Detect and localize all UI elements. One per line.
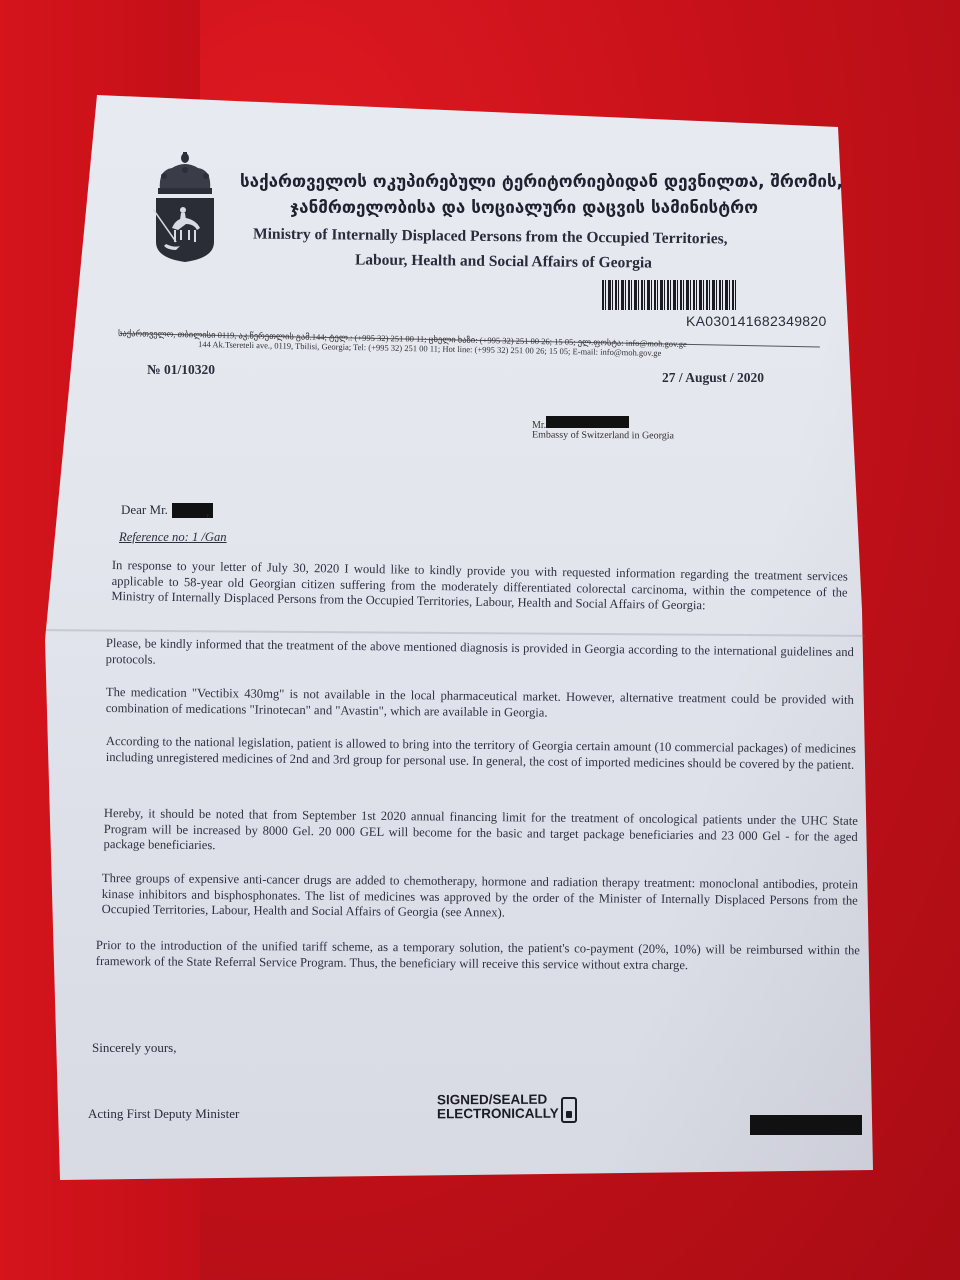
paragraph-6: Three groups of expensive anti-cancer dr… xyxy=(102,871,858,924)
document-date: 27 / August / 2020 xyxy=(662,370,764,386)
barcode xyxy=(602,280,736,310)
ministry-name-georgian-line1: საქართველოს ოკუპირებული ტერიტორიებიდან დ… xyxy=(240,172,843,192)
redaction-signatory-name xyxy=(750,1115,862,1135)
ministry-name-english-line2: Labour, Health and Social Affairs of Geo… xyxy=(355,251,652,272)
stamp-line2: ELECTRONICALLY xyxy=(437,1107,559,1122)
document-code: KA030141682349820 xyxy=(686,313,827,329)
closing: Sincerely yours, xyxy=(92,1040,176,1056)
ministry-name-georgian-line2: ჯანმრთელობისა და სოციალური დაცვის სამინი… xyxy=(290,198,758,218)
recipient-organization: Embassy of Switzerland in Georgia xyxy=(532,430,674,442)
paragraph-5: Hereby, it should be noted that from Sep… xyxy=(104,806,858,860)
paragraph-7: Prior to the introduction of the unified… xyxy=(96,938,860,974)
greeting: Dear Mr. xyxy=(121,502,168,518)
signatory-title: Acting First Deputy Minister xyxy=(88,1106,239,1122)
redaction-recipient-name xyxy=(546,416,629,428)
reference-number: Reference no: 1 /Gan xyxy=(119,530,227,545)
electronic-signature-stamp: SIGNED/SEALED ELECTRONICALLY xyxy=(437,1093,559,1122)
coat-of-arms-icon xyxy=(150,150,220,265)
document-number: № 01/10320 xyxy=(147,362,215,378)
document-lock-icon xyxy=(561,1097,577,1123)
